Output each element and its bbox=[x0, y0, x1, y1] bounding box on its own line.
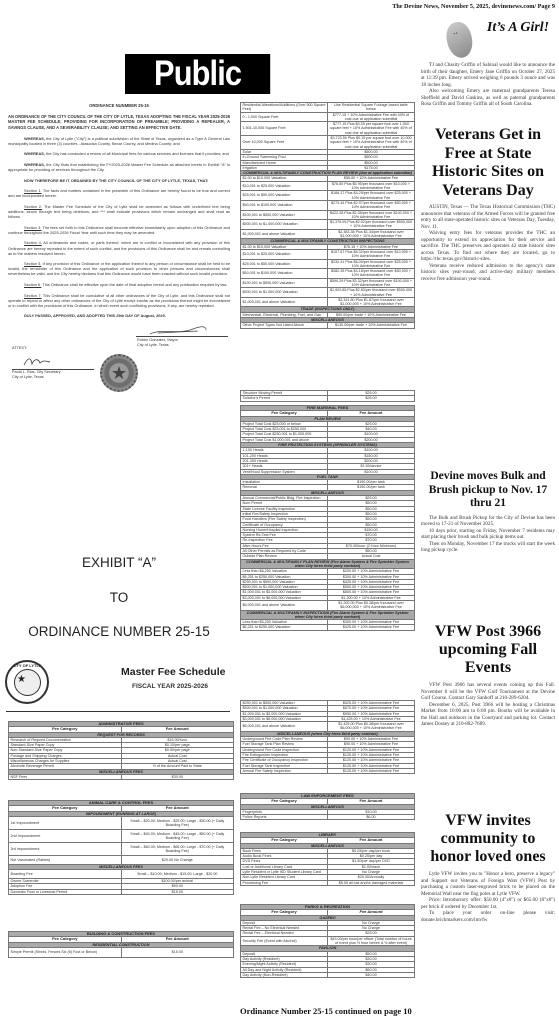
table-row: Simple Permit (Sheds, Fences Six (6) Foo… bbox=[9, 947, 234, 957]
table-row: Over 10,000 Square Feet$3,723.50 Plus $0… bbox=[241, 136, 415, 150]
exhibit-ordinance-number: ORDINANCE NUMBER 25-15 bbox=[0, 624, 238, 639]
table-row: $50,001 to $100,000 Valuation$382.39 Plu… bbox=[241, 269, 415, 279]
table-row: Annual Fire Safety Inspection$120.00 + 1… bbox=[241, 768, 415, 773]
table-row: Solicitor's Permit$25.00 bbox=[241, 396, 415, 401]
table-row: $6,000,001 and above Valuation$1,425.00 … bbox=[241, 722, 415, 732]
vfw-invites-story: VFW invites community to honor loved one… bbox=[421, 812, 555, 923]
vfw-events-story: VFW Post 3966 upcoming Fall Events VFW P… bbox=[421, 623, 555, 728]
bulk-pickup-headline: Devine moves Bulk and Brush pickup to No… bbox=[421, 470, 555, 511]
ordinance-text: ORDINANCE NUNMBER 25-15 AN ORDINANCE OF … bbox=[8, 103, 230, 404]
construction-fees-table: Residential Alterations/Additions (Over … bbox=[240, 102, 415, 329]
vfw-invites-headline: VFW invites community to honor loved one… bbox=[421, 812, 555, 866]
ordinance-caption: AN ORDINANCE OF THE CITY COUNCIL OF THE … bbox=[8, 114, 230, 130]
table-row: 3rd ImpoundmentSmall – $60.00; Medium - … bbox=[9, 842, 234, 855]
table-row: NSF Fees$30.00 bbox=[9, 774, 234, 779]
baby-icon: • • bbox=[444, 20, 476, 60]
schedule-title: Master Fee Schedule bbox=[121, 666, 225, 678]
mayor-name: Ruben Gonzalez, MayorCity of Lytle, Texa… bbox=[137, 338, 178, 347]
table-row: Police Reports$6.00 bbox=[241, 815, 415, 820]
veterans-story: Veterans Get in Free at State Historic S… bbox=[421, 126, 555, 282]
signature-block: Ruben Gonzalez, MayorCity of Lytle, Texa… bbox=[8, 324, 230, 404]
table-row: $500,001 to $1,000,000 Valuation$1,920.8… bbox=[241, 288, 415, 298]
girl-announcement-story: TJ and Chasity Griffin of Sabinal would … bbox=[421, 62, 555, 108]
public-notices-banner: Public Notices bbox=[125, 54, 270, 94]
law-enforcement-fees-table: LAW ENFORCEMENT FEES Fee CategoryFee Amo… bbox=[240, 793, 415, 820]
city-of-lytle-logo-icon: CITY OF LYTLE ★ bbox=[5, 660, 49, 704]
library-fees-table: LIBRARY Fee CategoryFee Amount MISCELLAN… bbox=[240, 832, 415, 886]
table-row: Security Fee (Event with Alcohol)$45.00/… bbox=[241, 936, 415, 946]
table-row: $6,000,001 and above Valuation$1,200.00 … bbox=[241, 600, 415, 610]
exhibit-to: TO bbox=[0, 590, 238, 605]
permits-table: Structure Moving Permit$25.00 Solicitor'… bbox=[240, 390, 415, 402]
fire-inspections-continued-table: $250,001 to $500,000 Valuation$525.00 + … bbox=[240, 700, 415, 774]
exhibit-heading: EXHIBIT “A” bbox=[0, 555, 238, 570]
table-row: $500,001 to $1,000,000 Valuation$1,376.0… bbox=[241, 220, 415, 230]
now-therefore: NOW THEREFORE BE IT ORDAINED BY THE CITY… bbox=[8, 178, 230, 183]
table-row: Day Activity (Non-Resident)$40.00 bbox=[241, 972, 415, 977]
table-row: Not Vaccinated (Rabies)$20.00 No Change bbox=[9, 855, 234, 864]
building-fees-table: BUILDING & CONSTRUCTION FEES Fee Categor… bbox=[8, 931, 234, 958]
table-row: 0 - 1,500 Square Feet$777.15 + 10% Admin… bbox=[241, 112, 415, 122]
city-seal-icon: ★ bbox=[100, 354, 138, 392]
mayor-signature-line bbox=[136, 336, 228, 337]
table-row: $6,251 to $250,000 Valuation$425.00 + 10… bbox=[241, 625, 415, 630]
table-row: $25,001 to $50,000 Valuation$166.17 Plus… bbox=[241, 191, 415, 201]
table-row: $100,001 to $500,000 Valuation$422.28 Pl… bbox=[241, 210, 415, 220]
secretary-signature-icon bbox=[22, 355, 52, 367]
section-1: Section 1. The facts and matters contain… bbox=[8, 188, 230, 198]
parks-recreation-fees-table: PARKS & RECREATION Fee CategoryFee Amoun… bbox=[240, 904, 415, 978]
table-row: $50,001 to $100,000 Valuation$273.44 Plu… bbox=[241, 200, 415, 210]
ordinance-title: ORDINANCE NUNMBER 25-15 bbox=[8, 103, 230, 108]
veterans-headline: Veterans Get in Free at State Historic S… bbox=[421, 126, 555, 200]
section-5: Section 5. If any provision of this Ordi… bbox=[8, 261, 230, 276]
attest-label: ATTEST: bbox=[12, 346, 27, 351]
duly-passed: DULY PASSED, APPROVED, AND ADOPTED THIS … bbox=[8, 313, 230, 318]
table-row: $10,001 to $25,000 Valuation$107.67 Plus… bbox=[241, 249, 415, 259]
mayor-signature-icon bbox=[148, 326, 208, 336]
table-row: Boarding FeeSmall – $10.00; Medium - $15… bbox=[9, 870, 234, 879]
masthead: The Devine News, November 5, 2025, devin… bbox=[392, 3, 555, 10]
table-row: 2nd ImpoundmentSmall – $40.00; Medium - … bbox=[9, 829, 234, 842]
fire-marshal-fees-table: FIRE MARSHAL FEES Fee CategoryFee Amount… bbox=[240, 405, 415, 631]
table-row: 1,501-10,000 Square Feet$777.15 Plus $0.… bbox=[241, 122, 415, 136]
table-row: $1,000,001 and above Valuation$3,331.80 … bbox=[241, 297, 415, 307]
table-row: $100,001 to $500,000 Valuation$590.29 Pl… bbox=[241, 278, 415, 288]
whereas-3: WHEREAS, the City finds that establishin… bbox=[8, 162, 230, 172]
table-row: Domestic Fowl or Livestock Permit$15.00 bbox=[9, 889, 234, 894]
table-row: Processing Fee$5.00 all lost and/or dama… bbox=[241, 880, 415, 885]
table-row: Residential Alterations/Additions (Over … bbox=[241, 103, 415, 113]
whereas-2: WHEREAS, the City has conducted a review… bbox=[8, 151, 230, 156]
vfw-events-headline: VFW Post 3966 upcoming Fall Events bbox=[421, 623, 555, 677]
divider bbox=[6, 711, 230, 712]
section-6: Section 6. This Ordinance shall be effec… bbox=[8, 282, 230, 287]
bulk-pickup-story: Devine moves Bulk and Brush pickup to No… bbox=[421, 470, 555, 554]
table-row: $10,001 to $25,000 Valuation$76.50 Plus … bbox=[241, 181, 415, 191]
whereas-1: WHEREAS, the City of Lytle ("City") is a… bbox=[8, 136, 230, 146]
section-7: Section 7. This Ordinance shall be cumul… bbox=[8, 293, 230, 308]
table-row: $25,001 to $50,000 Valuation$232.41 Plus… bbox=[241, 259, 415, 269]
table-row: 1st ImpoundmentSmall – $20.00; Medium - … bbox=[9, 816, 234, 829]
animal-care-fees-table: ANIMAL CARE & CONTROL FEES Fee CategoryF… bbox=[8, 800, 234, 895]
table-row: Other Project Types Not Listed Above$130… bbox=[241, 323, 415, 328]
its-a-girl-headline: It’s A Girl! bbox=[480, 20, 556, 36]
section-3: Section 3. The fees set forth in this Or… bbox=[8, 225, 230, 235]
section-2: Section 2. The Master Fee Schedule of th… bbox=[8, 204, 230, 219]
administrative-fees-table: ADMINISTRATIVE FEES Fee CategoryFee Amou… bbox=[8, 721, 234, 780]
table-row: $1,000,001 and above Valuation$2,383.38 … bbox=[241, 229, 415, 239]
secretary-name: Paola L. Rios, City SecretaryCity of Lyt… bbox=[12, 370, 61, 379]
continued-notice: Ordinance Number 25-15 continued on page… bbox=[240, 1006, 412, 1016]
schedule-year: FISCAL YEAR 2025-2026 bbox=[132, 683, 208, 690]
section-4: Section 4. All ordinances and codes, or … bbox=[8, 240, 230, 255]
